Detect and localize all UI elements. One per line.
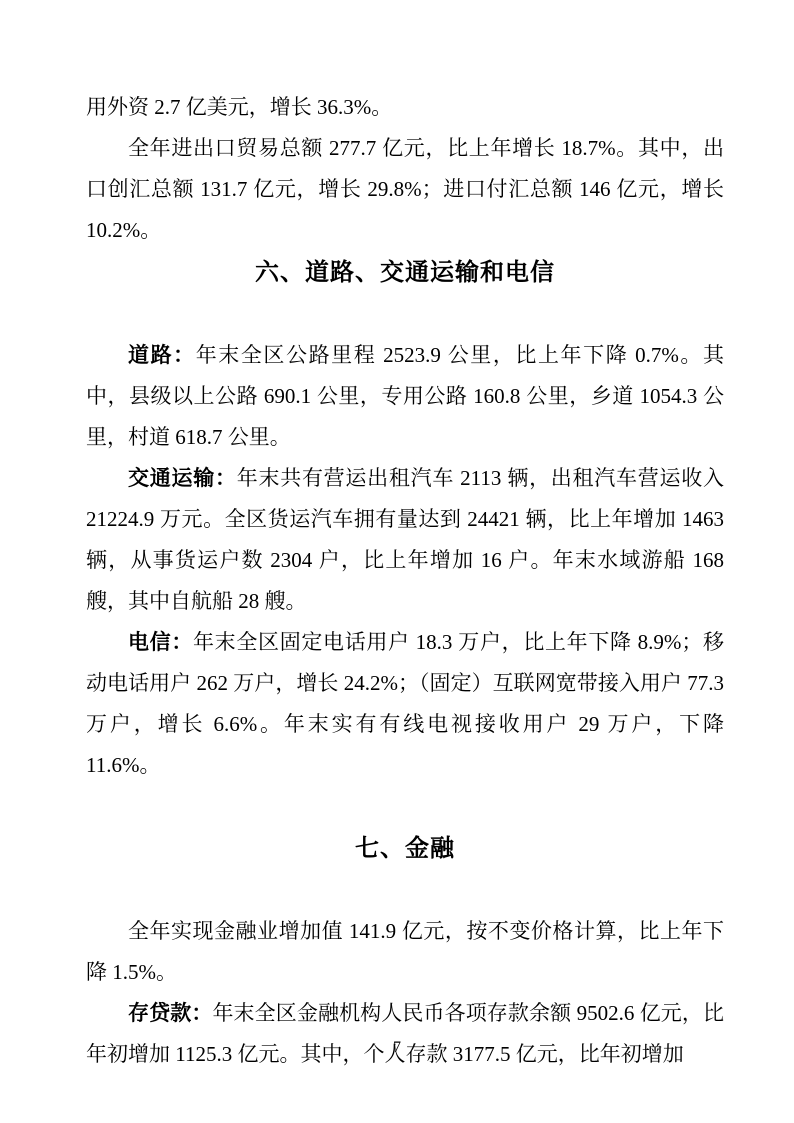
paragraph-telecom: 电信：年末全区固定电话用户 18.3 万户，比上年下降 8.9%；移动电话用户 … (86, 622, 724, 786)
page-content: 用外资 2.7 亿美元，增长 36.3%。 全年进出口贸易总额 277.7 亿元… (86, 87, 724, 1075)
section-heading-finance: 七、金融 (86, 828, 724, 870)
telecom-label: 电信： (128, 630, 193, 654)
paragraph-roads: 道路：年末全区公路里程 2523.9 公里，比上年下降 0.7%。其中，县级以上… (86, 335, 724, 458)
page-number: 7 (0, 1038, 794, 1058)
roads-label: 道路： (128, 343, 196, 367)
paragraph-trade: 全年进出口贸易总额 277.7 亿元，比上年增长 18.7%。其中，出口创汇总额… (86, 128, 724, 251)
transport-label: 交通运输： (128, 466, 237, 490)
paragraph-finance: 全年实现金融业增加值 141.9 亿元，按不变价格计算，比上年下降 1.5%。 (86, 911, 724, 993)
document-page: 用外资 2.7 亿美元，增长 36.3%。 全年进出口贸易总额 277.7 亿元… (0, 0, 794, 1123)
section-heading-roads-transport-telecom: 六、道路、交通运输和电信 (86, 252, 724, 294)
paragraph-carryover: 用外资 2.7 亿美元，增长 36.3%。 (86, 87, 724, 128)
paragraph-transport: 交通运输：年末共有营运出租汽车 2113 辆，出租汽车营运收入 21224.9 … (86, 458, 724, 622)
paragraph-deposits: 存贷款：年末全区金融机构人民币各项存款余额 9502.6 亿元，比年初增加 11… (86, 993, 724, 1075)
deposits-label: 存贷款： (128, 1001, 212, 1025)
